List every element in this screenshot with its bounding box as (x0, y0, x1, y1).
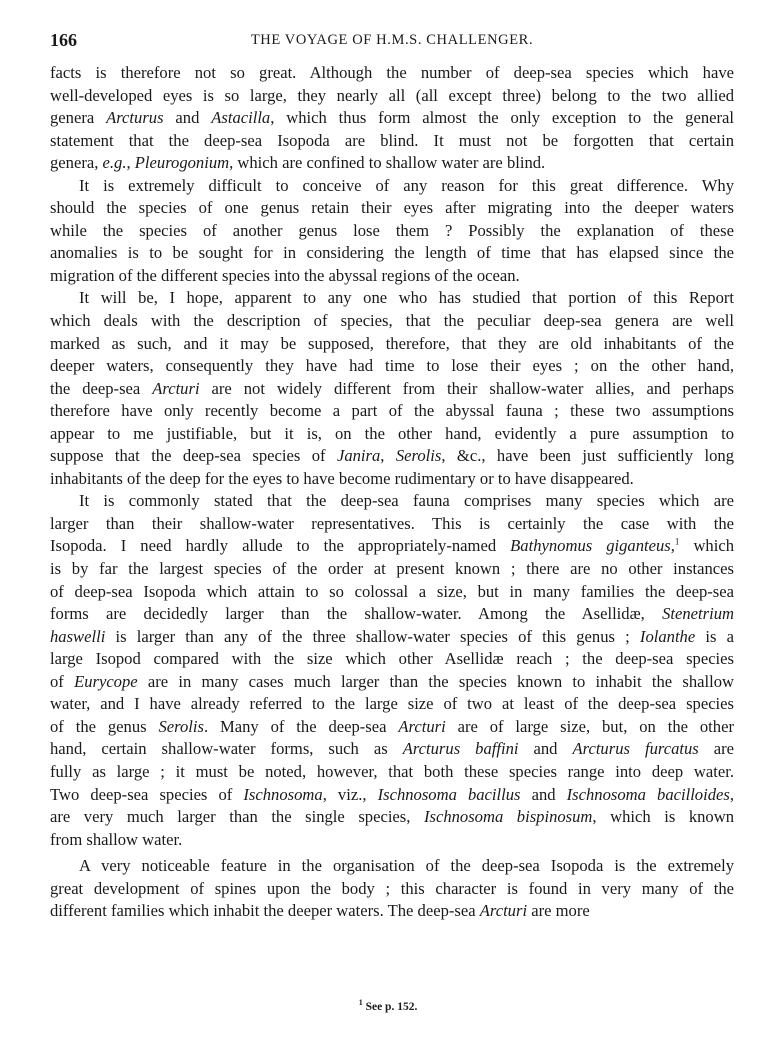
text-run: are more (527, 901, 590, 920)
paragraph: It is extremely difficult to conceive of… (50, 175, 734, 288)
text-line: hand, certain shallow-water forms, such … (50, 738, 734, 761)
text-run: is larger than any of the three shallow-… (105, 627, 640, 646)
text-line: appear to me justifiable, but it is, on … (50, 423, 734, 446)
text-run: It is commonly stated that the deep-sea … (79, 491, 734, 510)
text-line: haswelli is larger than any of the three… (50, 626, 734, 649)
text-run: facts is therefore not so great. Althoug… (50, 63, 734, 82)
text-run: , which are confined to shallow water ar… (229, 153, 545, 172)
text-run: are of large size, but, on the other (446, 717, 734, 736)
italic-term: Arcturus furcatus (572, 739, 698, 758)
text-line: water, and I have already referred to th… (50, 693, 734, 716)
text-line: larger than their shallow-water represen… (50, 513, 734, 536)
text-line: inhabitants of the deep for the eyes to … (50, 468, 734, 491)
text-line: Two deep-sea species of Ischnosoma, viz.… (50, 784, 734, 807)
text-run: of deep-sea Isopoda which attain to so c… (50, 582, 734, 601)
text-run: larger than their shallow-water represen… (50, 514, 734, 533)
text-run: marked as such, and it may be supposed, … (50, 334, 734, 353)
text-line: marked as such, and it may be supposed, … (50, 333, 734, 356)
text-run: genera, (50, 153, 103, 172)
text-run: and (519, 739, 573, 758)
text-line: large Isopod compared with the size whic… (50, 648, 734, 671)
paragraph: It will be, I hope, apparent to any one … (50, 287, 734, 490)
text-line: of Eurycope are in many cases much large… (50, 671, 734, 694)
text-run: are in many cases much larger than the s… (138, 672, 734, 691)
text-line: therefore have only recently become a pa… (50, 400, 734, 423)
text-run: It is extremely difficult to conceive of… (79, 176, 734, 195)
italic-term: Janira (337, 446, 380, 465)
italic-term: Arcturus baffini (403, 739, 519, 758)
text-run: anomalies is to be sought for in conside… (50, 243, 734, 262)
italic-term: Ischnosoma bacilloides (567, 785, 730, 804)
text-run: fully as large ; it must be noted, howev… (50, 762, 734, 781)
text-run: well-developed eyes is so large, they ne… (50, 86, 734, 105)
text-line: genera, e.g., Pleurogonium, which are co… (50, 152, 734, 175)
text-run: are not widely different from their shal… (200, 379, 734, 398)
text-run: , viz., (323, 785, 378, 804)
text-run: the deep-sea (50, 379, 152, 398)
italic-term: Ischnosoma (243, 785, 322, 804)
body-text: facts is therefore not so great. Althoug… (50, 62, 734, 923)
text-line: from shallow water. (50, 829, 734, 852)
text-line: suppose that the deep-sea species of Jan… (50, 445, 734, 468)
italic-term: Arcturi (398, 717, 445, 736)
text-run: appear to me justifiable, but it is, on … (50, 424, 734, 443)
text-line: different families which inhabit the dee… (50, 900, 734, 923)
text-run: deeper waters, consequently they have ha… (50, 356, 734, 375)
italic-term: Arcturus (106, 108, 163, 127)
text-run: while the species of another genus lose … (50, 221, 734, 240)
text-line: is by far the largest species of the ord… (50, 558, 734, 581)
italic-term: Stenetrium (662, 604, 734, 623)
italic-term: Astacilla (211, 108, 270, 127)
italic-term: Serolis (158, 717, 203, 736)
text-run: should the species of one genus retain t… (50, 198, 734, 217)
text-line: forms are decidedly larger than the shal… (50, 603, 734, 626)
text-line: facts is therefore not so great. Althoug… (50, 62, 734, 85)
italic-term: Ischnosoma bispinosum (424, 807, 592, 826)
text-line: It will be, I hope, apparent to any one … (50, 287, 734, 310)
text-run: is by far the largest species of the ord… (50, 559, 734, 578)
text-run: from shallow water. (50, 830, 182, 849)
text-run: suppose that the deep-sea species of (50, 446, 337, 465)
text-run: , &c., have been just sufficiently long (441, 446, 734, 465)
italic-term: Iolanthe (640, 627, 695, 646)
text-line: are very much larger than the single spe… (50, 806, 734, 829)
running-title: THE VOYAGE OF H.M.S. CHALLENGER. (50, 32, 734, 49)
text-line: the deep-sea Arcturi are not widely diff… (50, 378, 734, 401)
footnote-text: See p. 152. (363, 1001, 418, 1013)
text-line: should the species of one genus retain t… (50, 197, 734, 220)
italic-term: Arcturi (480, 901, 527, 920)
text-run: therefore have only recently become a pa… (50, 401, 734, 420)
italic-term: Ischnosoma bacillus (378, 785, 521, 804)
text-run: which (679, 536, 734, 555)
paragraph: A very noticeable feature in the organis… (50, 855, 734, 923)
paragraph: It is commonly stated that the deep-sea … (50, 490, 734, 855)
text-line: which deals with the description of spec… (50, 310, 734, 333)
page-header: 166 THE VOYAGE OF H.M.S. CHALLENGER. (50, 30, 734, 54)
text-run: water, and I have already referred to th… (50, 694, 734, 713)
text-line: Isopoda. I need hardly allude to the app… (50, 535, 734, 558)
text-line: It is commonly stated that the deep-sea … (50, 490, 734, 513)
italic-term: Eurycope (74, 672, 138, 691)
footnote: 1 See p. 152. (0, 1001, 776, 1013)
text-run: are very much larger than the single spe… (50, 807, 424, 826)
italic-term: Pleurogonium (135, 153, 229, 172)
text-run: and (521, 785, 567, 804)
text-run: Two deep-sea species of (50, 785, 243, 804)
text-run: , (730, 785, 734, 804)
text-run: which deals with the description of spec… (50, 311, 734, 330)
text-line: of deep-sea Isopoda which attain to so c… (50, 581, 734, 604)
text-run: It will be, I hope, apparent to any one … (79, 288, 734, 307)
text-run: , which is known (592, 807, 734, 826)
text-run: , (126, 153, 134, 172)
text-run: different families which inhabit the dee… (50, 901, 480, 920)
text-run: , which thus form almost the only except… (270, 108, 734, 127)
paragraph: facts is therefore not so great. Althoug… (50, 62, 734, 175)
text-line: statement that the deep-sea Isopoda are … (50, 130, 734, 153)
text-run: large Isopod compared with the size whic… (50, 649, 734, 668)
text-line: great development of spines upon the bod… (50, 878, 734, 901)
text-line: while the species of another genus lose … (50, 220, 734, 243)
text-line: deeper waters, consequently they have ha… (50, 355, 734, 378)
text-line: A very noticeable feature in the organis… (50, 855, 734, 878)
text-line: of the genus Serolis. Many of the deep-s… (50, 716, 734, 739)
text-run: and (164, 108, 212, 127)
text-run: A very noticeable feature in the organis… (79, 856, 734, 875)
text-run: is a (695, 627, 734, 646)
text-run: of (50, 672, 74, 691)
text-run: of the genus (50, 717, 158, 736)
text-run: genera (50, 108, 106, 127)
text-run: inhabitants of the deep for the eyes to … (50, 469, 634, 488)
italic-term: e.g. (103, 153, 127, 172)
text-line: migration of the different species into … (50, 265, 734, 288)
text-line: fully as large ; it must be noted, howev… (50, 761, 734, 784)
text-line: well-developed eyes is so large, they ne… (50, 85, 734, 108)
text-line: genera Arcturus and Astacilla, which thu… (50, 107, 734, 130)
text-run: statement that the deep-sea Isopoda are … (50, 131, 734, 150)
text-run: , (380, 446, 396, 465)
text-run: are (699, 739, 734, 758)
italic-term: haswelli (50, 627, 105, 646)
text-run: Isopoda. I need hardly allude to the app… (50, 536, 510, 555)
text-line: It is extremely difficult to conceive of… (50, 175, 734, 198)
italic-term: Bathynomus giganteus, (510, 536, 675, 555)
italic-term: Serolis (396, 446, 441, 465)
italic-term: Arcturi (152, 379, 199, 398)
text-run: great development of spines upon the bod… (50, 879, 734, 898)
text-run: forms are decidedly larger than the shal… (50, 604, 662, 623)
text-run: hand, certain shallow-water forms, such … (50, 739, 403, 758)
text-line: anomalies is to be sought for in conside… (50, 242, 734, 265)
text-run: . Many of the deep-sea (204, 717, 398, 736)
text-run: migration of the different species into … (50, 266, 520, 285)
